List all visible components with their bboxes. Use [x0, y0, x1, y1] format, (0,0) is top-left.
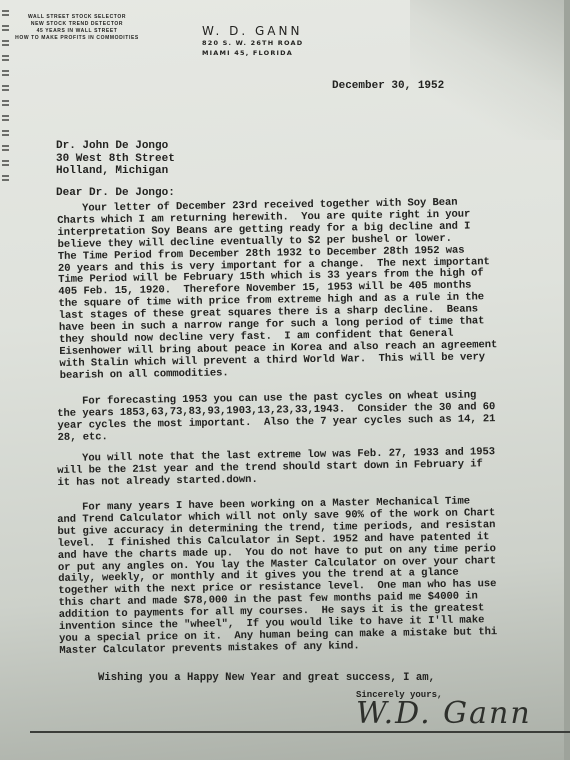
recipient-street: 30 West 8th Street [56, 153, 175, 166]
letter-date: December 30, 1952 [332, 80, 444, 92]
paragraph-master-calculator: For many years I have been working on a … [57, 495, 570, 658]
recipient-city: Holland, Michigan [56, 165, 175, 178]
letterhead-book-list: Wall Street Stock Selector New Stock Tre… [12, 14, 142, 42]
recipient-address: Dr. John De Jongo 30 West 8th Street Hol… [56, 140, 175, 178]
paragraph-wheat-cycles: For forecasting 1953 you can use the pas… [57, 389, 570, 445]
paragraph-soy-beans: Your letter of December 23rd received to… [57, 196, 570, 383]
binder-margin-marks [2, 10, 10, 190]
letterhead: W. D. GANN 820 S. W. 26TH ROAD MIAMI 45,… [202, 24, 303, 58]
letterhead-name: W. D. GANN [202, 24, 303, 38]
handwritten-signature: W.D. Gann [356, 696, 532, 731]
paragraph-extreme-low: You will note that the last extreme low … [57, 446, 570, 490]
book-title: New Stock Trend Detector [12, 21, 142, 28]
letterhead-address-city: MIAMI 45, FLORIDA [202, 48, 303, 58]
book-title: How to Make Profits in Commodities [12, 35, 142, 42]
recipient-name: Dr. John De Jongo [56, 140, 175, 153]
page-shadow-top [410, 0, 570, 140]
closing-line: Wishing you a Happy New Year and great s… [98, 672, 435, 684]
signature-rule [30, 731, 570, 733]
signature-block: Sincerely yours, W.D. Gann [356, 690, 442, 700]
book-title: 45 Years in Wall Street [12, 28, 142, 35]
salutation: Dear Dr. De Jongo: [56, 187, 175, 199]
book-title: Wall Street Stock Selector [12, 14, 142, 21]
letterhead-address-street: 820 S. W. 26TH ROAD [202, 38, 303, 48]
